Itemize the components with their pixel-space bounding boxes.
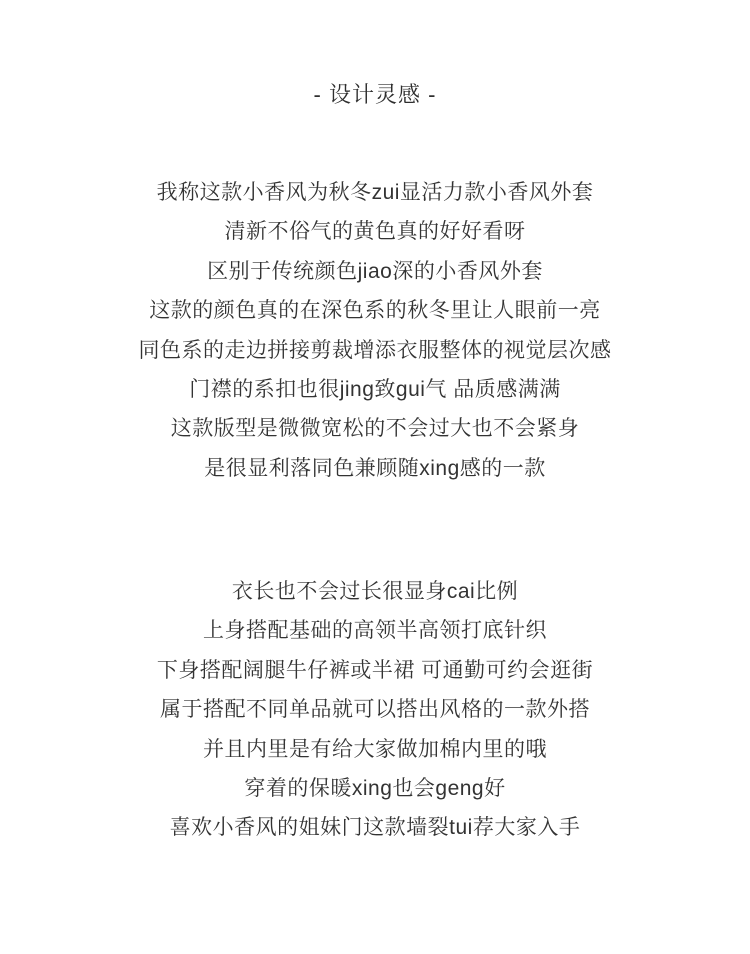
text-line: 上身搭配基础的高领半高领打底针织	[0, 611, 750, 650]
text-line: 门襟的系扣也很jing致gui气 品质感满满	[0, 370, 750, 409]
text-line: 区别于传统颜色jiao深的小香风外套	[0, 252, 750, 291]
text-line: 喜欢小香风的姐妹门这款墙裂tui荐大家入手	[0, 808, 750, 847]
text-line: 是很显利落同色兼顾随xing感的一款	[0, 449, 750, 488]
text-line: 我称这款小香风为秋冬zui显活力款小香风外套	[0, 173, 750, 212]
text-line: 下身搭配阔腿牛仔裤或半裙 可通勤可约会逛街	[0, 651, 750, 690]
product-description-page: - 设计灵感 - 我称这款小香风为秋冬zui显活力款小香风外套 清新不俗气的黄色…	[0, 0, 750, 954]
text-line: 同色系的走边拼接剪裁增添衣服整体的视觉层次感	[0, 331, 750, 370]
text-line: 衣长也不会过长很显身cai比例	[0, 572, 750, 611]
paragraph-design-details: 我称这款小香风为秋冬zui显活力款小香风外套 清新不俗气的黄色真的好好看呀 区别…	[0, 173, 750, 488]
text-line: 属于搭配不同单品就可以搭出风格的一款外搭	[0, 690, 750, 729]
text-line: 这款的颜色真的在深色系的秋冬里让人眼前一亮	[0, 291, 750, 330]
paragraph-styling-tips: 衣长也不会过长很显身cai比例 上身搭配基础的高领半高领打底针织 下身搭配阔腿牛…	[0, 572, 750, 848]
text-line: 穿着的保暖xing也会geng好	[0, 769, 750, 808]
section-title: - 设计灵感 -	[0, 84, 750, 106]
text-line: 这款版型是微微宽松的不会过大也不会紧身	[0, 409, 750, 448]
text-line: 清新不俗气的黄色真的好好看呀	[0, 212, 750, 251]
text-line: 并且内里是有给大家做加棉内里的哦	[0, 730, 750, 769]
